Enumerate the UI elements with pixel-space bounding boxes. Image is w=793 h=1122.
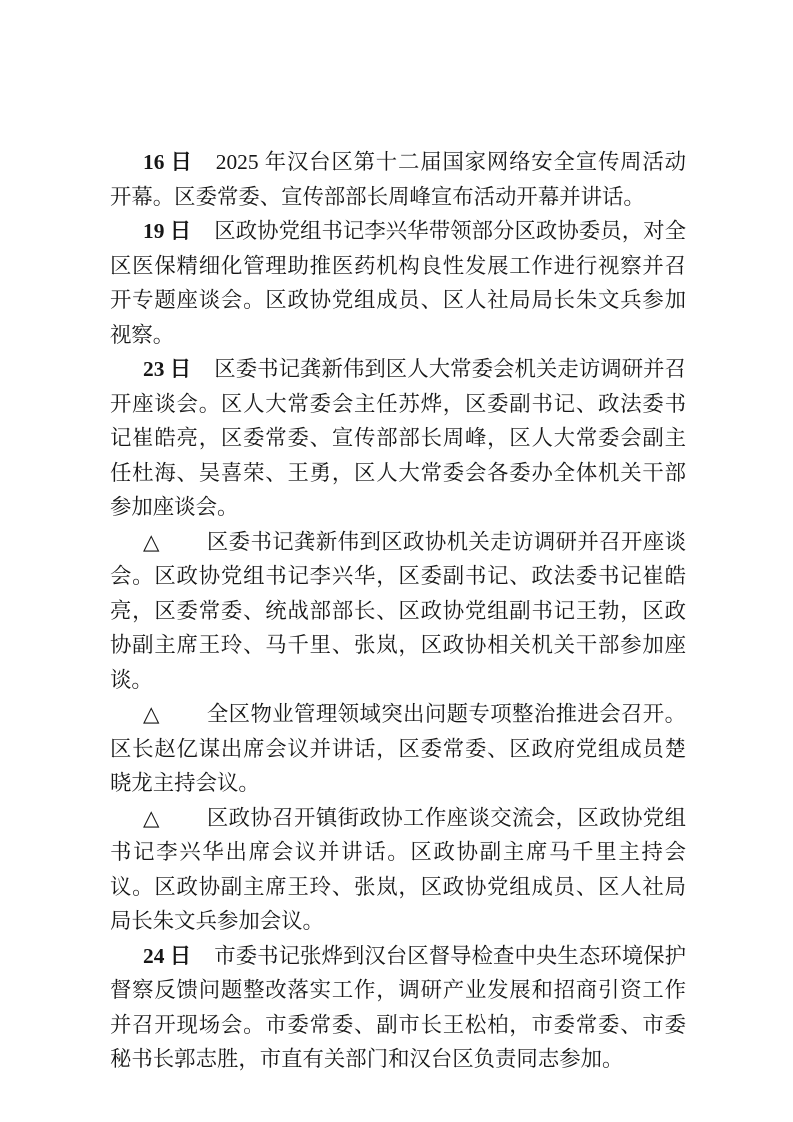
entry-text: 2025 年汉台区第十二届国家网络安全宣传周活动开幕。区委常委、宣传部部长周峰宣…	[110, 150, 686, 209]
log-entry: 24 日市委书记张烨到汉台区督导检查中央生态环境保护督察反馈问题整改落实工作，调…	[110, 939, 686, 1077]
entry-text: 区政协召开镇街政协工作座谈交流会，区政协党组书记李兴华出席会议并讲话。区政协副主…	[110, 806, 686, 934]
log-entry: 19 日区政协党组书记李兴华带领部分区政协委员，对全区医保精细化管理助推医药机构…	[110, 214, 686, 352]
log-entry: 23 日区委书记龚新伟到区人大常委会机关走访调研并召开座谈会。区人大常委会主任苏…	[110, 352, 686, 525]
triangle-marker: △	[143, 530, 160, 554]
date-marker: 19 日	[143, 219, 191, 243]
document-page: 16 日2025 年汉台区第十二届国家网络安全宣传周活动开幕。区委常委、宣传部部…	[0, 0, 793, 1122]
log-entry: 16 日2025 年汉台区第十二届国家网络安全宣传周活动开幕。区委常委、宣传部部…	[110, 145, 686, 214]
entry-text: 区委书记龚新伟到区人大常委会机关走访调研并召开座谈会。区人大常委会主任苏烨，区委…	[110, 357, 686, 519]
entry-text: 全区物业管理领域突出问题专项整治推进会召开。区长赵亿谋出席会议并讲话，区委常委、…	[110, 702, 686, 795]
triangle-marker: △	[143, 702, 160, 726]
log-entry: △全区物业管理领域突出问题专项整治推进会召开。区长赵亿谋出席会议并讲话，区委常委…	[110, 697, 686, 801]
date-marker: 24 日	[143, 944, 191, 968]
date-marker: 23 日	[143, 357, 191, 381]
entry-text: 区委书记龚新伟到区政协机关走访调研并召开座谈会。区政协党组书记李兴华，区委副书记…	[110, 530, 686, 692]
log-entry: △区政协召开镇街政协工作座谈交流会，区政协党组书记李兴华出席会议并讲话。区政协副…	[110, 801, 686, 939]
date-marker: 16 日	[143, 150, 193, 174]
entry-text: 市委书记张烨到汉台区督导检查中央生态环境保护督察反馈问题整改落实工作，调研产业发…	[110, 944, 686, 1072]
entry-text: 区政协党组书记李兴华带领部分区政协委员，对全区医保精细化管理助推医药机构良性发展…	[110, 219, 686, 347]
log-entry: △区委书记龚新伟到区政协机关走访调研并召开座谈会。区政协党组书记李兴华，区委副书…	[110, 525, 686, 698]
text-block: 16 日2025 年汉台区第十二届国家网络安全宣传周活动开幕。区委常委、宣传部部…	[110, 145, 686, 1077]
triangle-marker: △	[143, 806, 160, 830]
